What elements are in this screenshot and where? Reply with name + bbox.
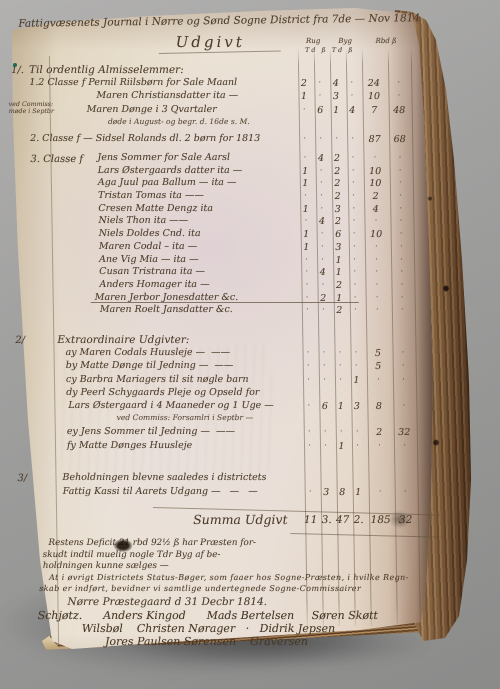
amount-cell: ·	[350, 427, 365, 437]
entry-text: Niels Thon ita ——	[98, 215, 188, 226]
amount-cell: ·	[388, 153, 411, 163]
signature: Schjøtz. Anders Kingod Mads Bertelsen Sø…	[38, 609, 378, 622]
amount-cell: ·	[345, 134, 360, 144]
amount-cell: 8	[335, 487, 350, 498]
entry-text: 1.2 Classe f Pernil Riilsbørn for Sale M…	[29, 77, 237, 88]
ink-smudge	[389, 511, 410, 528]
section-heading: Extraordinaire Udgivter:	[5, 334, 500, 347]
entry-text: Maren Roelt Jansdatter &c.	[100, 304, 233, 315]
amount-cell: ·	[363, 216, 388, 226]
amount-cell: 3	[349, 401, 364, 412]
entry-text: dy Peerl Schygaards Pleje og Opseld for	[66, 387, 259, 398]
amount-cell: 24	[361, 78, 386, 89]
entry-text: ay Maren Codals Huusleje — ——	[65, 347, 230, 358]
teal-speck	[13, 63, 17, 67]
amount-cell: 3	[330, 204, 345, 215]
amount-cell: 3	[331, 242, 346, 253]
amount-cell: ·	[301, 375, 316, 385]
entry-text: fy Matte Dønges Huusleje	[67, 440, 192, 451]
entry-text: 2. Classe f — Sidsel Rolands dl. 2 børn …	[30, 133, 260, 144]
entry-text: Fattig Kassi til Aarets Udgang — — —	[63, 486, 258, 497]
amount-cell: ·	[367, 441, 392, 451]
footer-line: Restens Deficit 21 rbd 92½ ß har Præsten…	[8, 538, 500, 550]
summa-amount: 11	[303, 514, 318, 526]
amount-cell: 87	[362, 134, 387, 145]
entry-text: Aga Juul paa Ballum — ita —	[98, 177, 237, 188]
entry-text: døde i August- og begr. d. 16de s. M.	[108, 117, 250, 126]
amount-cell: 68	[388, 134, 411, 145]
ledger-row: Jens Sommer for Sale Aarsl·42···	[2, 152, 500, 165]
margin-note: ved Commiss: møde i Septbr	[9, 101, 75, 116]
ledger-section: 1/.Til ordentlig Almisselemmer:1.2 Class…	[1, 64, 500, 146]
section-heading-text: Til ordentlig Almisselemmer:	[29, 64, 184, 76]
ledger-row: Anders Homager ita —··2···	[4, 279, 500, 292]
amount-cell: ·	[334, 427, 349, 437]
entry-text: ey Jens Sommer til Jedning — ——	[67, 426, 235, 437]
amount-cell: 1	[329, 105, 344, 116]
summa-amount: 47	[335, 514, 350, 526]
ledger-row: 2. Classe f — Sidsel Rolands dl. 2 børn …	[2, 133, 500, 146]
amount-cell: 10	[363, 178, 388, 189]
amount-cell: 1	[331, 255, 346, 266]
column-header-money: Rbd ß	[363, 37, 410, 45]
amount-cell: ·	[389, 204, 412, 214]
footer-text: skab er indført, bevidner vi samtlige un…	[39, 584, 361, 593]
amount-cell: 6	[317, 401, 332, 412]
amount-cell: ·	[347, 229, 362, 239]
ledger-row: ay Maren Codals Huusleje — ——····5·	[5, 347, 500, 360]
amount-cell: ·	[368, 487, 393, 497]
amount-cell: ·	[346, 204, 361, 214]
amount-cell: 5	[365, 348, 390, 359]
amount-cell: 1	[298, 166, 313, 177]
ledger-row: Maren Codal – ita —1·3···	[4, 241, 500, 254]
page-subtitle: Udgivt	[176, 33, 245, 51]
amount-cell: 10	[361, 91, 386, 102]
amount-cell: ·	[390, 255, 413, 265]
amount-cell: 2	[363, 191, 388, 202]
ledger-row: Beholdningen blevne saaledes i districte…	[7, 472, 500, 486]
amount-cell: ·	[301, 401, 316, 411]
amount-cell: ·	[314, 204, 329, 214]
amount-cell: ·	[347, 242, 362, 252]
footer-text: holdningen kunne sælges —	[43, 561, 169, 571]
amount-cell: 4	[314, 216, 329, 227]
amount-cell: 1	[334, 441, 349, 452]
amount-cell: 1	[349, 375, 364, 386]
entry-text: ved Commiss: Forsamlri i Septbr —	[116, 413, 253, 422]
footer-line: At i øvrigt Districtets Status-Bøger, so…	[9, 573, 500, 585]
amount-cell: ·	[392, 361, 415, 371]
amount-cell: 2	[330, 216, 345, 227]
ledger-row: 1.2 Classe f Pernil Riilsbørn for Sale M…	[1, 77, 500, 90]
amount-cell: ·	[312, 78, 327, 88]
ledger-row: ey Jens Sommer til Jedning — ——····232	[7, 426, 500, 439]
ledger-row: Fattig Kassi til Aarets Udgang — — —·381…	[8, 486, 500, 500]
amount-cell: 1	[299, 229, 314, 240]
entry-text: Cresen Matte Dengz ita	[98, 203, 213, 214]
amount-cell: 2	[296, 78, 311, 89]
amount-cell: ·	[299, 267, 314, 277]
amount-cell: ·	[297, 153, 312, 163]
entry-text: Niels Doldes Cnd. ita	[99, 228, 201, 239]
column-header-rug: Rug	[298, 37, 329, 45]
amount-cell: 7	[362, 105, 387, 116]
ink-blot	[113, 539, 132, 552]
entry-text: Maren Codal – ita —	[99, 241, 197, 252]
amount-cell: ·	[314, 191, 329, 201]
amount-cell: 2	[316, 293, 331, 304]
amount-cell: 32	[393, 427, 416, 438]
ledger-row: Maren Christiansdatter ita —1·3·10·	[1, 90, 500, 103]
amount-cell: ·	[348, 348, 363, 358]
amount-cell: 6	[313, 105, 328, 116]
amount-cell: ·	[317, 375, 332, 385]
amount-cell: ·	[299, 255, 314, 265]
amount-cell: ·	[329, 134, 344, 144]
amount-cell: ·	[366, 375, 391, 385]
entry-text: Ane Vig Mia — ita —	[99, 254, 199, 265]
footer-text: Nørre Præstegaard d 31 Decbr 1814.	[67, 596, 267, 608]
amount-cell: 1	[298, 204, 313, 215]
amount-cell: ·	[389, 191, 412, 201]
amount-cell: 4	[315, 267, 330, 278]
ledger-row: Lars Østergaards datter ita —1·2·10·	[3, 165, 500, 178]
amount-cell: ·	[345, 153, 360, 163]
amount-cell: 5	[366, 361, 391, 372]
footer-line: Nørre Præstegaard d 31 Decbr 1814.	[9, 596, 500, 608]
ledger-row: Ane Vig Mia — ita —··1···	[4, 254, 500, 267]
amount-cell: ·	[347, 255, 362, 265]
amount-cell: 2	[367, 427, 392, 438]
entry-text: cy Barbra Mariagers til sit nøgle barn	[66, 374, 249, 385]
ledger-row: Cresen Matte Dengz ita1·3·4·	[3, 203, 500, 216]
amount-cell: ·	[348, 293, 363, 303]
amount-cell: 2	[330, 166, 345, 177]
amount-cell: ·	[389, 166, 412, 176]
amount-cell: ·	[346, 191, 361, 201]
amount-cell: ·	[318, 441, 333, 451]
amount-cell: 1	[332, 293, 347, 304]
amount-cell: ·	[333, 361, 348, 371]
amount-cell: ·	[300, 305, 315, 315]
amount-cell: ·	[347, 280, 362, 290]
ledger-section: 2/Extraordinaire Udgivter:ay Maren Codal…	[5, 334, 500, 453]
amount-cell: ·	[390, 280, 413, 290]
amount-cell: ·	[300, 293, 315, 303]
entry-text: Maren Jerbor Jonesdatter &c.	[95, 292, 239, 303]
amount-cell: 3	[319, 487, 334, 498]
amount-cell: ·	[318, 427, 333, 437]
summa-amount: 2.	[351, 514, 366, 526]
entry-text: Cusan Tristrana ita —	[99, 266, 205, 277]
amount-cell: 4	[363, 204, 388, 215]
page-title: Fattigvæsenets Journal i Nørre og Sønd S…	[18, 12, 418, 30]
amount-cell: ·	[299, 280, 314, 290]
ledger-section: 3/Beholdningen blevne saaledes i distric…	[7, 472, 500, 500]
entry-text: Jens Sommer for Sale Aarsl	[97, 152, 230, 163]
ledger-row: Maren Dønge i 3 Qvartalerved Commiss: mø…	[2, 104, 500, 117]
amount-cell: ·	[393, 441, 416, 451]
amount-cell: ·	[344, 78, 359, 88]
footer-text: At i øvrigt Districtets Status-Bøger, so…	[49, 573, 409, 582]
section-heading-text: Extraordinaire Udgivter:	[57, 334, 189, 346]
amount-cell: ·	[346, 216, 361, 226]
entry-text: Maren Dønge i 3 Qvartaler	[87, 104, 217, 115]
amount-cell: 6	[331, 229, 346, 240]
entry-text: by Matte Dønge til Jedning — ——	[66, 360, 234, 371]
amount-cell: ·	[387, 91, 410, 101]
amount-cell: ·	[391, 348, 414, 358]
amount-cell: ·	[300, 348, 315, 358]
amount-cell: ·	[344, 91, 359, 101]
page-content: Fattigvæsenets Journal i Nørre og Sønd S…	[0, 0, 500, 689]
amount-cell: 1	[331, 267, 346, 278]
amount-cell: ·	[365, 305, 390, 315]
amount-cell: ·	[364, 267, 389, 277]
amount-cell: ·	[390, 229, 413, 239]
signature-line: Wilsbøl Christen Nørager · Didrik Jepsen	[10, 622, 500, 635]
summa-label: Summa Udgivt	[193, 512, 288, 527]
amount-cell: 2	[332, 305, 347, 316]
amount-cell: ·	[389, 216, 412, 226]
amount-cell: ·	[298, 191, 313, 201]
amount-cell: 2	[330, 178, 345, 189]
amount-cell: ·	[394, 487, 417, 497]
ledger-row: Aga Juul paa Ballum — ita —1·2·10·	[3, 177, 500, 190]
ledger-row: fy Matte Dønges Huusleje··1···	[7, 440, 500, 453]
signature-line: Jores Paulsen Sørensen Graversen	[10, 635, 500, 648]
amount-cell: 10	[364, 229, 389, 240]
signature: Jores Paulsen Sørensen Graversen	[105, 635, 308, 648]
amount-cell: ·	[364, 280, 389, 290]
amount-cell: ·	[349, 361, 364, 371]
entry-text: Lars Østergaard i 4 Maaneder og 1 Uge —	[68, 400, 274, 411]
summa-amount: 3.	[319, 514, 334, 526]
amount-cell: ·	[346, 166, 361, 176]
amount-cell: ·	[303, 487, 318, 497]
entry-text: Tristan Tomas ita ——	[98, 190, 204, 201]
amount-cell: 2	[330, 191, 345, 202]
ledger-row: ved Commiss: Forsamlri i Septbr —	[6, 413, 500, 426]
amount-cell: ·	[392, 401, 415, 411]
signatures: Schjøtz. Anders Kingod Mads Bertelsen Sø…	[10, 609, 500, 647]
amount-cell: 4	[313, 153, 328, 164]
summa-row: Summa Udgivt 113.472.18532	[8, 512, 500, 529]
amount-cell: ·	[315, 229, 330, 239]
amount-cell: ·	[333, 375, 348, 385]
footer-text: skudt indtil muelig nogle Tdr Byg af be-	[43, 550, 221, 560]
ledger-row: cy Barbra Mariagers til sit nøgle barn··…	[6, 374, 500, 387]
amount-cell: ·	[391, 305, 414, 315]
amount-cell: ·	[347, 267, 362, 277]
entry-text: Beholdningen blevne saaledes i districte…	[62, 472, 266, 483]
amount-cell: ·	[392, 375, 415, 385]
amount-cell: 48	[388, 105, 411, 116]
ledger-row: Maren Roelt Jansdatter &c.··2···	[5, 304, 500, 317]
ledger-row: Maren Jerbor Jonesdatter &c.·21···	[5, 292, 500, 305]
amount-cell: ·	[346, 178, 361, 188]
amount-cell: ·	[316, 305, 331, 315]
ledger-row: Tristan Tomas ita ——··2·2·	[3, 190, 500, 203]
footer-lines: Restens Deficit 21 rbd 92½ ß har Præsten…	[8, 538, 500, 608]
column-header-byg: Byg	[330, 37, 361, 45]
amount-cell: ·	[332, 348, 347, 358]
amount-cell: ·	[348, 305, 363, 315]
ledger-row: by Matte Dønge til Jedning — ——····5·	[6, 360, 500, 373]
footer-line: skudt indtil muelig nogle Tdr Byg af be-	[9, 550, 500, 562]
amount-cell: ·	[316, 348, 331, 358]
amount-cell: ·	[314, 166, 329, 176]
ledger-row: Niels Doldes Cnd. ita1·6·10·	[4, 228, 500, 241]
amount-cell: ·	[389, 178, 412, 188]
amount-cell: 4	[345, 105, 360, 116]
amount-cell: ·	[391, 293, 414, 303]
amount-cell: 1	[333, 401, 348, 412]
ledger-row: Cusan Tristrana ita —·41···	[4, 266, 500, 279]
amount-cell: ·	[362, 153, 387, 163]
amount-cell: ·	[317, 361, 332, 371]
amount-cell: ·	[314, 178, 329, 188]
amount-cell: ·	[302, 427, 317, 437]
photo-of-ledger: { "scene": { "background_top": "#b2b1b0"…	[0, 0, 500, 689]
signature: Wilsbøl Christen Nørager · Didrik Jepsen	[82, 622, 335, 635]
footer-text: Restens Deficit 21 rbd 92½ ß har Præsten…	[48, 538, 256, 548]
amount-cell: ·	[297, 105, 312, 115]
amount-cell: 4	[328, 78, 343, 89]
amount-cell: ·	[364, 242, 389, 252]
amount-cell: ·	[298, 216, 313, 226]
amount-cell: 1	[351, 487, 366, 498]
entry-text: Lars Østergaards datter ita —	[98, 165, 243, 176]
amount-cell: ·	[312, 91, 327, 101]
amount-cell: ·	[301, 361, 316, 371]
amount-cell: 10	[363, 166, 388, 177]
amount-cell: ·	[387, 78, 410, 88]
amount-cell: 1	[299, 242, 314, 253]
footer-line: holdningen kunne sælges —	[9, 561, 500, 573]
ledger-row: dy Peerl Schygaards Pleje og Opseld for	[6, 387, 500, 400]
amount-cell: 3	[328, 91, 343, 102]
section-heading: Til ordentlig Almisselemmer:	[1, 64, 500, 77]
amount-cell: ·	[302, 441, 317, 451]
amount-cell: 8	[366, 401, 391, 412]
amount-cell: ·	[364, 255, 389, 265]
amount-cell: 2	[331, 280, 346, 291]
footer-line: skab er indført, bevidner vi samtlige un…	[9, 584, 500, 596]
entry-text: Maren Christiansdatter ita —	[96, 90, 238, 101]
amount-cell: 2	[329, 153, 344, 164]
amount-cell: ·	[350, 441, 365, 451]
amount-cell: 1	[296, 91, 311, 102]
signature-line: Schjøtz. Anders Kingod Mads Bertelsen Sø…	[10, 609, 500, 622]
amount-cell: ·	[315, 255, 330, 265]
amount-cell: ·	[390, 242, 413, 252]
entry-text: Anders Homager ita —	[99, 279, 209, 290]
amount-cell: ·	[315, 280, 330, 290]
ledger-row: døde i August- og begr. d. 16de s. M.	[2, 117, 500, 130]
ledger-row: Niels Thon ita ——·42···	[3, 215, 500, 228]
ledger-row: Lars Østergaard i 4 Maaneder og 1 Uge —·…	[6, 400, 500, 413]
amount-cell: ·	[315, 242, 330, 252]
amount-cell: ·	[297, 134, 312, 144]
amount-cell: 1	[298, 178, 313, 189]
amount-cell: ·	[313, 134, 328, 144]
amount-cell: ·	[365, 293, 390, 303]
ledger-section: 3. Classe fJens Sommer for Sale Aarsl·42…	[2, 152, 500, 317]
amount-cell: ·	[390, 267, 413, 277]
